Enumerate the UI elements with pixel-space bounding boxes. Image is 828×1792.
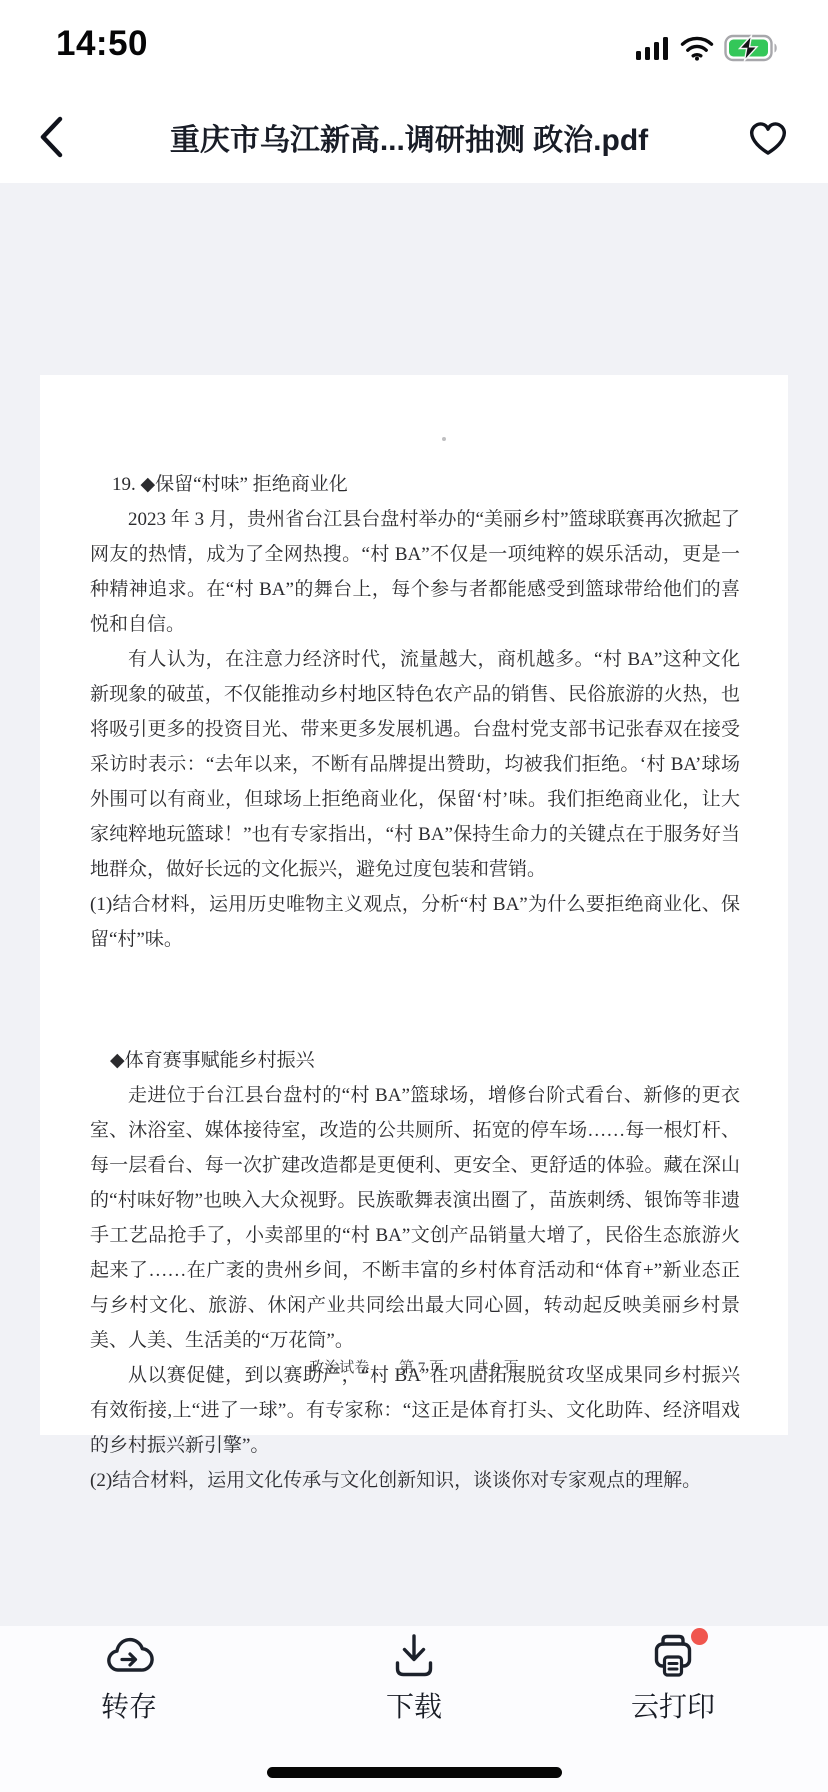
pdf-viewport[interactable]: 19. ◆保留“村味” 拒绝商业化 2023 年 3 月，贵州省台江县台盘村举办… [0,183,828,1626]
app-header: 14:50 [0,0,828,183]
nav-bar: 重庆市乌江新高...调研抽测 政治.pdf [0,90,828,183]
sub-question-2: (2)结合材料，运用文化传承与文化创新知识，谈谈你对专家观点的理解。 [90,1463,740,1498]
question-19-heading: 19. ◆保留“村味” 拒绝商业化 [112,467,740,502]
material-paragraph-1: 2023 年 3 月，贵州省台江县台盘村举办的“美丽乡村”篮球联赛再次掀起了网友… [90,502,740,642]
cloud-print-label: 云打印 [631,1692,715,1722]
total-pages: 共 9 页 [474,1360,519,1376]
favorite-button[interactable] [744,114,792,160]
status-time: 14:50 [56,24,148,64]
download-button[interactable]: 下载 [334,1632,494,1752]
status-icons [636,34,780,67]
save-to-cloud-button[interactable]: 转存 [49,1632,209,1752]
pdf-page: 19. ◆保留“村味” 拒绝商业化 2023 年 3 月，贵州省台江县台盘村举办… [40,375,788,1435]
material-paragraph-2: 有人认为，在注意力经济时代，流量越大，商机越多。“村 BA”这种文化新现象的破茧… [90,642,740,887]
download-label: 下载 [386,1692,442,1722]
page-number: 第 7 页 [399,1360,444,1376]
scan-speck [442,437,446,441]
pdf-reader-app: { "status_bar": { "time": "14:50", "batt… [0,0,828,1792]
home-indicator[interactable] [267,1767,562,1778]
document-title: 重庆市乌江新高...调研抽测 政治.pdf [90,90,728,183]
section-2-heading: ◆体育赛事赋能乡村振兴 [110,1043,740,1078]
heart-icon [745,116,791,158]
bottom-toolbar: 转存 下载 云打印 [0,1626,828,1792]
cellular-signal-icon [636,36,670,65]
cloud-print-button[interactable]: 云打印 [593,1632,753,1752]
cloud-save-icon [104,1632,154,1680]
back-button[interactable] [28,112,74,162]
wifi-icon [680,36,714,66]
notification-dot [691,1628,708,1645]
page-footer: 政治试卷 第 7 页 共 9 页 [40,1356,788,1377]
exam-question-19: 19. ◆保留“村味” 拒绝商业化 2023 年 3 月，贵州省台江县台盘村举办… [90,467,740,1498]
answer-space [90,957,740,1043]
chevron-left-icon [38,115,64,159]
save-to-cloud-label: 转存 [101,1692,157,1722]
download-icon [389,1632,439,1680]
sub-question-1: (1)结合材料，运用历史唯物主义观点，分析“村 BA”为什么要拒绝商业化、保留“… [90,887,740,957]
cloud-print-icon [648,1632,698,1680]
battery-charging-icon [724,34,780,67]
exam-name: 政治试卷 [309,1360,369,1376]
material-paragraph-3: 走进位于台江县台盘村的“村 BA”篮球场，增修台阶式看台、新修的更衣室、沐浴室、… [90,1078,740,1358]
status-bar: 14:50 [0,0,828,90]
